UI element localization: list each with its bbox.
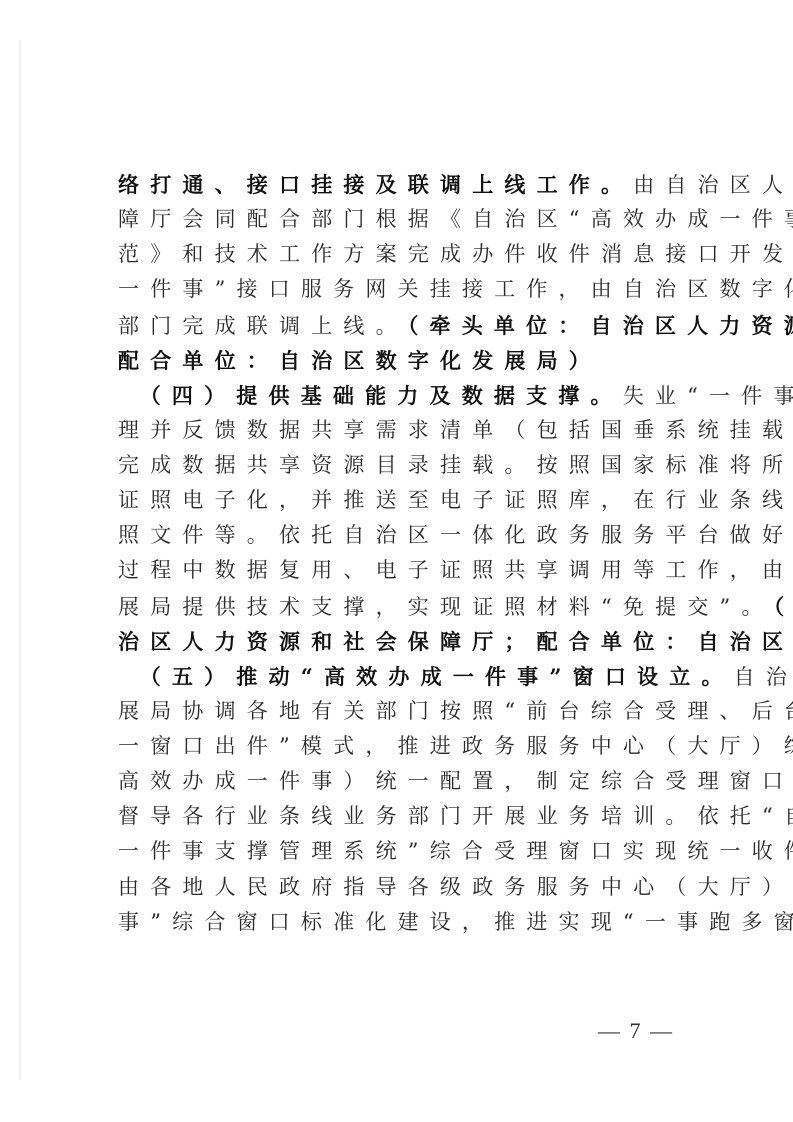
- text-line: 理并反馈数据共享需求清单（包括国垂系统挂载的数据目录），: [118, 413, 684, 448]
- text-line: 一件事支撑管理系统”综合受理窗口实现统一收件和分发流转，: [118, 834, 684, 869]
- text-segment: 高效办成一件事）统一配置，制定综合受理窗口审查要点，协调: [118, 769, 793, 793]
- text-line: 部门完成联调上线。（牵头单位：自治区人力资源和社会保障厅；: [118, 308, 684, 343]
- text-line: 证照电子化，并推送至电子证照库，在行业条线发布相关电子证: [118, 483, 684, 518]
- bold-text-segment: （四）提供基础能力及数据支撑。: [118, 383, 623, 408]
- text-segment: 一件事”接口服务网关挂接工作，由自治区数字化发展局配合各: [118, 277, 793, 301]
- text-line: 治区人力资源和社会保障厅；配合单位：自治区数字化发展局）: [118, 624, 684, 659]
- text-segment: 自治区数字化发: [734, 665, 793, 689]
- page-number: — 7 —: [598, 1018, 674, 1044]
- bold-text-segment: 治区人力资源和社会保障厅；配合单位：自治区数字化发展局）: [118, 629, 793, 654]
- scan-edge: [19, 40, 21, 1080]
- text-line: 过程中数据复用、电子证照共享调用等工作，由自治区数字化发: [118, 553, 684, 588]
- text-line: 展局提供技术支撑，实现证照材料“免提交”。（牵头单位：自: [118, 589, 684, 624]
- bold-text-segment: （牵头单位：自治区人力资源和社会保障厅；: [408, 313, 793, 338]
- text-line: 展局协调各地有关部门按照“前台综合受理、后台分类审批、统: [118, 694, 684, 729]
- text-line: （四）提供基础能力及数据支撑。失业“一件事”各部门梳: [118, 378, 684, 413]
- text-line: 事”综合窗口标准化建设，推进实现“一事跑多窗”变“一窗办: [118, 905, 684, 940]
- text-segment: 部门完成联调上线。: [118, 314, 408, 338]
- text-line: 由各地人民政府指导各级政务服务中心（大厅）“高效办成一件: [118, 870, 684, 905]
- bold-text-segment: （五）推动“高效办成一件事”窗口设立。: [118, 664, 734, 689]
- text-line: 一件事”接口服务网关挂接工作，由自治区数字化发展局配合各: [118, 272, 684, 307]
- text-segment: 失业“一件事”各部门梳: [623, 384, 793, 408]
- text-line: 完成数据共享资源目录挂载。按照国家标准将所涉及的本行业的: [118, 448, 684, 483]
- text-segment: 理并反馈数据共享需求清单（包括国垂系统挂载的数据目录），: [118, 418, 793, 442]
- text-line: 照文件等。依托自治区一体化政务服务平台做好“一件事”申报: [118, 518, 684, 553]
- text-line: 障厅会同配合部门根据《自治区“高效办成一件事”技术对接规: [118, 202, 684, 237]
- text-segment: 一件事支撑管理系统”综合受理窗口实现统一收件和分发流转，: [118, 839, 793, 863]
- text-line: 络打通、接口挂接及联调上线工作。由自治区人力资源和社会保: [118, 167, 684, 202]
- text-segment: 照文件等。依托自治区一体化政务服务平台做好“一件事”申报: [118, 523, 793, 547]
- text-segment: 证照电子化，并推送至电子证照库，在行业条线发布相关电子证: [118, 488, 793, 512]
- bold-text-segment: 配合单位：自治区数字化发展局）: [118, 348, 601, 373]
- text-line: 一窗口出件”模式，推进政务服务中心（大厅）综合受理窗口（含: [118, 729, 684, 764]
- text-segment: 由自治区人力资源和社会保: [633, 173, 793, 197]
- document-body: 络打通、接口挂接及联调上线工作。由自治区人力资源和社会保障厅会同配合部门根据《自…: [118, 167, 684, 940]
- text-line: 督导各行业条线业务部门开展业务培训。依托“自治区高效办成: [118, 799, 684, 834]
- bold-text-segment: 络打通、接口挂接及联调上线工作。: [118, 172, 633, 197]
- text-segment: 范》和技术工作方案完成办件收件消息接口开发，及“高效办成: [118, 242, 793, 266]
- text-line: 范》和技术工作方案完成办件收件消息接口开发，及“高效办成: [118, 237, 684, 272]
- text-line: （五）推动“高效办成一件事”窗口设立。自治区数字化发: [118, 659, 684, 694]
- text-segment: 过程中数据复用、电子证照共享调用等工作，由自治区数字化发: [118, 558, 793, 582]
- text-segment: 督导各行业条线业务部门开展业务培训。依托“自治区高效办成: [118, 804, 793, 828]
- text-segment: 障厅会同配合部门根据《自治区“高效办成一件事”技术对接规: [118, 207, 793, 231]
- text-segment: 展局协调各地有关部门按照“前台综合受理、后台分类审批、统: [118, 699, 793, 723]
- text-segment: 事”综合窗口标准化建设，推进实现“一事跑多窗”变“一窗办: [118, 910, 793, 934]
- text-segment: 由各地人民政府指导各级政务服务中心（大厅）“高效办成一件: [118, 875, 793, 899]
- text-segment: 一窗口出件”模式，推进政务服务中心（大厅）综合受理窗口（含: [118, 734, 793, 758]
- text-segment: 完成数据共享资源目录挂载。按照国家标准将所涉及的本行业的: [118, 453, 793, 477]
- text-segment: 展局提供技术支撑，实现证照材料“免提交”。: [118, 595, 774, 619]
- text-line: 高效办成一件事）统一配置，制定综合受理窗口审查要点，协调: [118, 764, 684, 799]
- bold-text-segment: （牵头单位：自: [774, 594, 793, 619]
- text-line: 配合单位：自治区数字化发展局）: [118, 343, 684, 378]
